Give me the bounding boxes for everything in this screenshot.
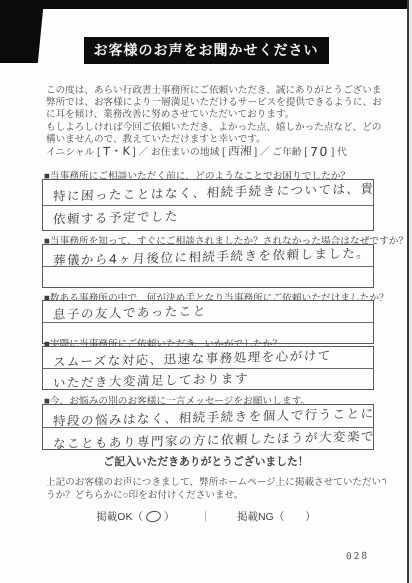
initials-handwritten-value: T・K (102, 143, 130, 160)
intro-line: もしよろしければ今回ご依頼いただき、よかった点、嬉しかった点など、どのような些細… (46, 122, 382, 134)
question-1-answer-box: 特に困ったことはなく、相続手続きについては、貴事務所に 依頼する予定でした (42, 179, 374, 231)
intro-paragraph: この度は、あらい行政書士事務所にご依頼いただき、誠にありがとうございます。 弊所… (46, 85, 382, 146)
question-5-answer-box: 特段の悩みはなく、相続手続きを個人で行うことには困難 なこともあり専門家の方に依… (42, 404, 374, 450)
intro-line: 弊所では、お客様により一層満足いただけるサービスを提供できるように、お客様お一人… (46, 97, 382, 109)
answer-3-line-1: 息子の友人であったこと (53, 301, 208, 322)
answer-1-line-2: 依頼する予定でした (53, 206, 180, 227)
thank-you-message: ご記入いただきありがとうございました！ (0, 454, 412, 469)
answer-4-line-1: スムーズな対応、迅速な事務処理を心がけて (53, 347, 333, 368)
answer-1-line-1: 特に困ったことはなく、相続手続きについては、貴事務所に (53, 180, 373, 205)
handwritten-page-number: 028 (346, 551, 370, 563)
intro-line: この度は、あらい行政書士事務所にご依頼いただき、誠にありがとうございます。 (46, 85, 382, 97)
answer-4-line-2: いただき大変満足しております (53, 369, 250, 389)
form-title: お客様のお声をお聞かせください (84, 37, 329, 64)
initials-label: イニシャル [ (46, 147, 100, 158)
ng-empty-space (287, 511, 302, 522)
question-2-answer-box: 葬儀から4ヶ月後位に相続手続きを依頼しました。 (42, 244, 374, 288)
answer-5-line-2: なこともあり専門家の方に依頼したほうが大変楽です。 (53, 427, 373, 449)
consent-note-line: 上記のお客様のお声につきまして、弊所ホームページ上に掲載させていただいてもよろし… (46, 477, 386, 490)
publication-consent-row: 掲載OK（ ） ｜ 掲載NG（ ） (0, 509, 412, 524)
age-handwritten-value: 70 (310, 143, 330, 158)
scanned-feedback-form: お客様のお声をお聞かせください この度は、あらい行政書士事務所にご依頼いただき、… (0, 0, 412, 583)
publish-ng-option: 掲載NG（ ） (237, 509, 316, 524)
form-title-container: お客様のお声をお聞かせください (0, 37, 412, 64)
publish-ok-label: 掲載OK（ (96, 509, 143, 524)
area-label: ] ／ お住まいの地域 [ (133, 147, 225, 158)
scan-right-edge-line (407, 0, 409, 583)
age-label: ] ／ ご年齢 [ (254, 147, 307, 158)
question-4-answer-box: スムーズな対応、迅速な事務処理を心がけて いただき大変満足しております (42, 346, 374, 390)
publish-ng-close-paren: ） (305, 509, 316, 524)
answer-5-line-1: 特段の悩みはなく、相続手続きを個人で行うことには困難 (53, 405, 373, 427)
handwritten-ok-circle-mark (145, 509, 162, 523)
publication-consent-note: 上記のお客様のお声につきまして、弊所ホームページ上に掲載させていただいてもよろし… (46, 477, 386, 502)
scan-top-edge-artifact (0, 0, 412, 9)
respondent-profile-row: イニシャル [ T・K ] ／ お住まいの地域 [ 西湘 ] ／ ご年齢 [ 7… (46, 143, 386, 159)
publish-ok-option: 掲載OK（ ） (96, 509, 174, 524)
publish-ok-close-paren: ） (164, 509, 175, 524)
consent-divider: ｜ (200, 509, 211, 524)
area-handwritten-value: 西湘 (227, 143, 252, 160)
answer-2-line-1: 葬儀から4ヶ月後位に相続手続きを依頼しました。 (53, 245, 371, 266)
consent-note-line: うか？どちらかに○印をお付けくださいませ。 (46, 490, 386, 503)
publish-ng-label: 掲載NG（ (237, 509, 284, 524)
intro-line: に耳を傾け、業務改善に努めさせていただいております。 (46, 109, 382, 121)
age-suffix: ] 代 (332, 147, 347, 158)
